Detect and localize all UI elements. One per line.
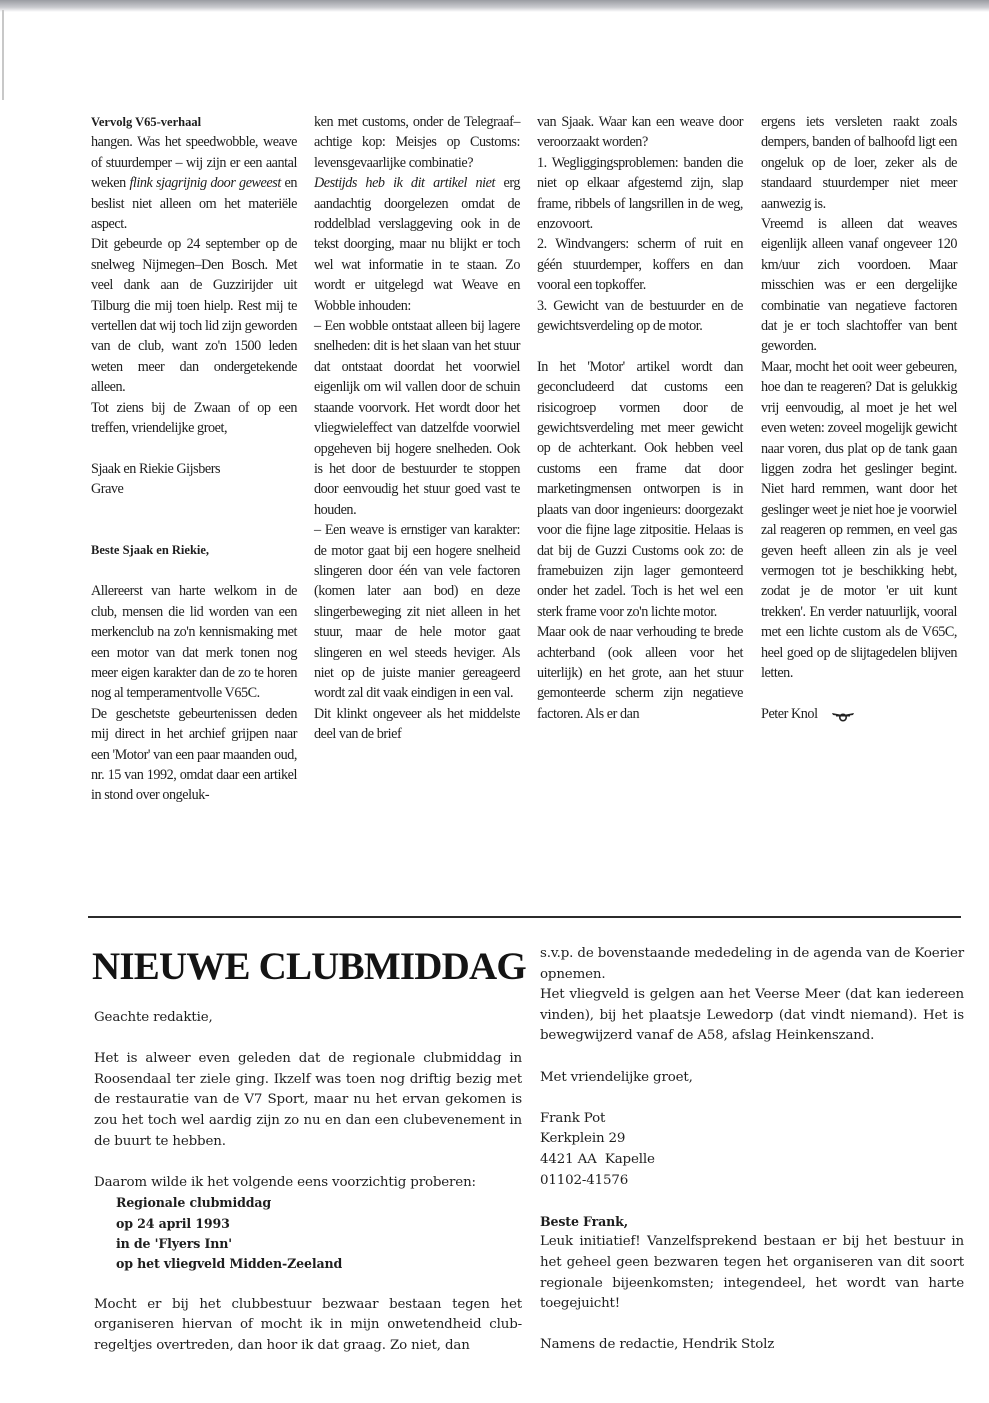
paragraph: van Sjaak. Waar kan een weave door veroo… xyxy=(537,112,743,153)
reply-signature: Namens de redactie, Hendrik Stolz xyxy=(540,1335,964,1356)
signature-place: Grave xyxy=(91,479,297,499)
paragraph: Mocht er bij het clubbestuur bezwaar bes… xyxy=(94,1295,522,1357)
article-column-1: Vervolg V65-verhaal hangen. Was het spee… xyxy=(91,112,297,806)
sender-name: Frank Pot xyxy=(540,1109,964,1130)
paragraph: Dit gebeurde op 24 september op de snelw… xyxy=(91,234,297,397)
list-item: 1. Wegliggingsproblemen: banden die niet… xyxy=(537,153,743,235)
closing: Met vriendelijke groet, xyxy=(540,1068,964,1089)
salutation: Geachte redaktie, xyxy=(94,1008,522,1029)
event-line: op 24 april 1993 xyxy=(94,1214,522,1234)
paragraph: – Een weave is ernstiger van karakter: d… xyxy=(314,520,520,704)
paragraph: Maar ook de naar verhouding te brede ach… xyxy=(537,622,743,724)
scan-left-edge xyxy=(2,10,4,100)
continuation-heading: Vervolg V65-verhaal xyxy=(91,112,297,132)
paragraph: Destijds heb ik dit artikel niet erg aan… xyxy=(314,173,520,316)
sender-phone: 01102-41576 xyxy=(540,1171,964,1192)
author-name: Peter Knol xyxy=(761,704,818,724)
paragraph: s.v.p. de bovenstaande mededeling in de … xyxy=(540,944,964,985)
list-item: 3. Gewicht van de bestuurder en de gewic… xyxy=(537,296,743,337)
author-signature: Peter Knol xyxy=(761,704,957,724)
paragraph: ken met customs, onder de Telegraaf–acht… xyxy=(314,112,520,173)
scan-top-edge xyxy=(0,0,989,12)
paragraph: ergens iets versleten raakt zoals demper… xyxy=(761,112,957,214)
paragraph: Dit klinkt ongeveer als het middelste de… xyxy=(314,704,520,745)
page-title: NIEUWE CLUBMIDDAG xyxy=(92,944,526,990)
paragraph: Leuk initiatief! Vanzelfsprekend bestaan… xyxy=(540,1232,964,1314)
letter-column-2: s.v.p. de bovenstaande mededeling in de … xyxy=(540,944,964,1356)
signature-name: Sjaak en Riekie Gijsbers xyxy=(91,459,297,479)
paragraph: Maar, mocht het ooit weer gebeuren, hoe … xyxy=(761,357,957,684)
article-column-3: van Sjaak. Waar kan een weave door veroo… xyxy=(537,112,743,724)
article-column-4: ergens iets versleten raakt zoals demper… xyxy=(761,112,957,724)
paragraph: Daarom wilde ik het volgende eens voorzi… xyxy=(94,1173,522,1194)
paragraph: Vreemd is alleen dat weaves eigenlijk al… xyxy=(761,214,957,357)
club-wings-logo-icon xyxy=(832,708,854,720)
letter-column-1: Geachte redaktie, Het is alweer even gel… xyxy=(94,1008,522,1357)
reply-heading: Beste Sjaak en Riekie, xyxy=(91,540,297,560)
event-line: op het vliegveld Midden-Zeeland xyxy=(94,1254,522,1274)
event-line: in de 'Flyers Inn' xyxy=(94,1234,522,1254)
sender-city: 4421 AA Kapelle xyxy=(540,1150,964,1171)
paragraph: hangen. Was het speedwobble, weave of st… xyxy=(91,132,297,234)
sender-street: Kerkplein 29 xyxy=(540,1129,964,1150)
paragraph: Het vliegveld is gelgen aan het Veerse M… xyxy=(540,985,964,1047)
paragraph: Allereerst van harte welkom in de club, … xyxy=(91,581,297,703)
list-item: 2. Windvangers: scherm of ruit en géén s… xyxy=(537,234,743,295)
paragraph: Het is alweer even geleden dat de region… xyxy=(94,1049,522,1152)
article-column-2: ken met customs, onder de Telegraaf–acht… xyxy=(314,112,520,745)
section-divider xyxy=(88,916,961,918)
paragraph: – Een wobble ontstaat alleen bij lagere … xyxy=(314,316,520,520)
event-line: Regionale clubmiddag xyxy=(94,1193,522,1213)
reply-heading: Beste Frank, xyxy=(540,1212,964,1233)
paragraph: In het 'Motor' artikel wordt dan geconcl… xyxy=(537,357,743,622)
paragraph: Tot ziens bij de Zwaan of op een treffen… xyxy=(91,398,297,439)
paragraph: De geschetste gebeurtenissen deden mij d… xyxy=(91,704,297,806)
